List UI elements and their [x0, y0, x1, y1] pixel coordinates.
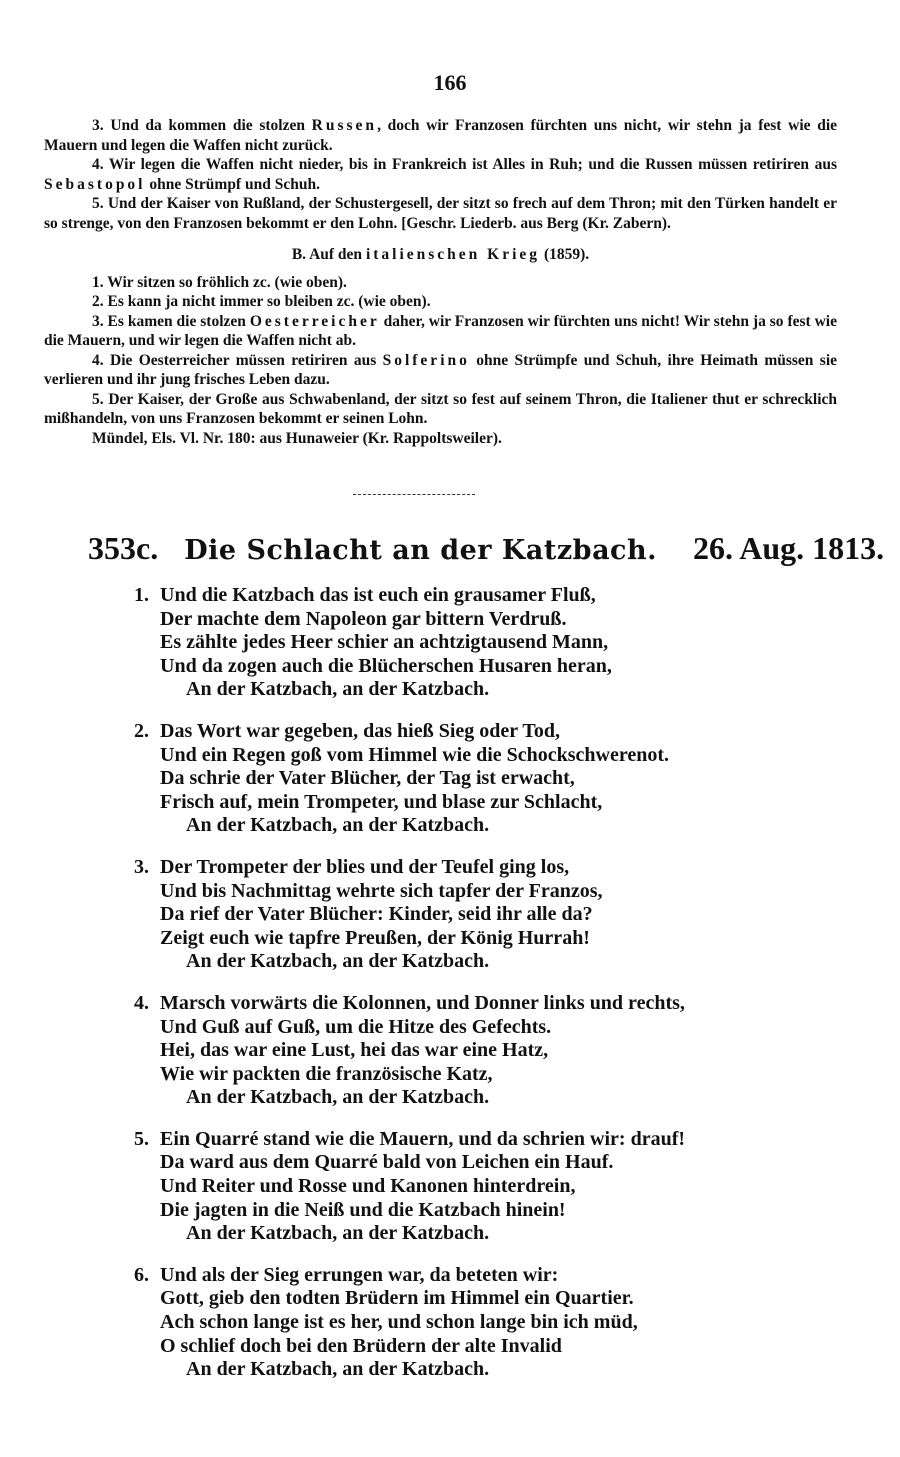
- refrain: An der Katzbach, an der Katzbach.: [134, 678, 814, 702]
- stanza-5: 5. Ein Quarré stand wie die Mauern, und …: [134, 1128, 814, 1246]
- stanza-4: 4. Marsch vorwärts die Kolonnen, und Don…: [134, 992, 814, 1110]
- section-b-heading: B. Auf den italienschen Krieg (1859).: [44, 245, 837, 265]
- verse-b3: 3. Es kamen die stolzen Oesterreicher da…: [44, 312, 837, 351]
- song-name: Die Schlacht an der Katzbach.: [184, 535, 657, 566]
- stanza-3: 3. Der Trompeter der blies und der Teufe…: [134, 856, 814, 974]
- stanza-6: 6. Und als der Sieg errungen war, da bet…: [134, 1264, 814, 1382]
- poem: 1. Und die Katzbach das ist euch ein gra…: [134, 584, 814, 1400]
- refrain: An der Katzbach, an der Katzbach.: [134, 1358, 814, 1382]
- refrain: An der Katzbach, an der Katzbach.: [134, 1086, 814, 1110]
- stanza-1: 1. Und die Katzbach das ist euch ein gra…: [134, 584, 814, 702]
- verse-b1: 1. Wir sitzen so fröhlich zc. (wie oben)…: [44, 273, 837, 293]
- song-date: 26. Aug. 1813.: [693, 530, 884, 566]
- verse-a5: 5. Und der Kaiser von Rußland, der Schus…: [44, 194, 837, 233]
- refrain: An der Katzbach, an der Katzbach.: [134, 950, 814, 974]
- verse-b4: 4. Die Oesterreicher müssen retiriren au…: [44, 351, 837, 390]
- verse-a4: 4. Wir legen die Waffen nicht nieder, bi…: [44, 155, 837, 194]
- verse-a3: 3. Und da kommen die stolzen Russen, doc…: [44, 116, 837, 155]
- refrain: An der Katzbach, an der Katzbach.: [134, 1222, 814, 1246]
- source-citation: Mündel, Els. Vl. Nr. 180: aus Hunaweier …: [44, 429, 837, 449]
- verse-b5: 5. Der Kaiser, der Große aus Schwabenlan…: [44, 390, 837, 429]
- section-a-verses: 3. Und da kommen die stolzen Russen, doc…: [44, 116, 837, 448]
- section-divider: [353, 494, 475, 495]
- stanza-2: 2. Das Wort war gegeben, das hieß Sieg o…: [134, 720, 814, 838]
- song-number: 353c.: [88, 530, 158, 566]
- song-title: 353c. Die Schlacht an der Katzbach. 26. …: [88, 530, 848, 567]
- page-number: 166: [0, 70, 900, 96]
- refrain: An der Katzbach, an der Katzbach.: [134, 814, 814, 838]
- verse-b2: 2. Es kann ja nicht immer so bleiben zc.…: [44, 292, 837, 312]
